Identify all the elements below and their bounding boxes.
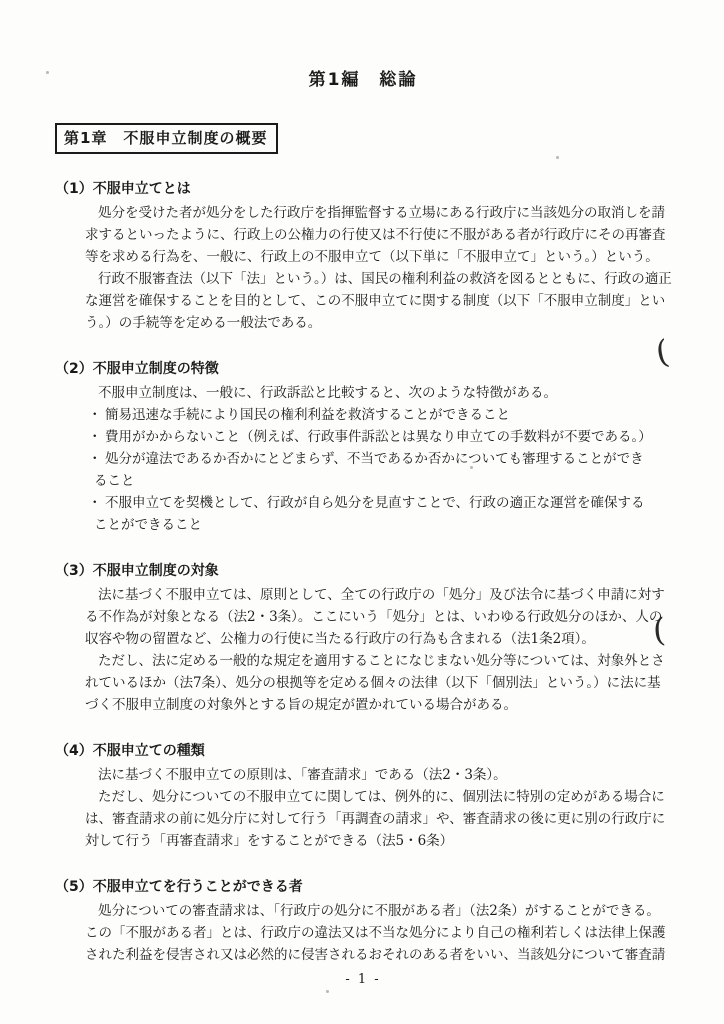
section-body: 処分を受けた者が処分をした行政庁を指揮監督する立場にある行政庁に当該処分の取消し…	[85, 202, 671, 334]
text-line: 法に基づく不服申立ての原則は、「審査請求」である（法2・3条）。	[85, 764, 671, 786]
text-line: づく不服申立制度の対象外とする旨の規定が置かれている場合がある。	[85, 694, 671, 716]
section-body: 法に基づく不服申立ては、原則として、全ての行政庁の「処分」及び法令に基づく申請に…	[85, 584, 671, 716]
section-body: 法に基づく不服申立ての原則は、「審査請求」である（法2・3条）。ただし、処分につ…	[85, 764, 671, 852]
document-content: 第1編 総論 第1章 不服申立制度の概要 （1）不服申立てとは処分を受けた者が処…	[55, 0, 671, 987]
text-line: 行政不服審査法（以下「法」という。）は、国民の権利利益の救済を図るとともに、行政…	[85, 268, 671, 290]
bullet-text: 処分が違法であるか否かにとどまらず、不当であるか否かについても審理することができ	[105, 448, 644, 470]
section-body: 不服申立制度は、一般に、行政訴訟と比較すると、次のような特徴がある。・簡易迅速な…	[85, 382, 671, 536]
scan-artifact-speck	[326, 990, 329, 993]
text-line: 収容や物の留置など、公権力の行使に当たる行政庁の行為も含まれる（法1条2項）。	[85, 628, 671, 650]
text-line: ること	[85, 470, 671, 492]
section-heading: （1）不服申立てとは	[55, 178, 671, 200]
scanned-document-page: 第1編 総論 第1章 不服申立制度の概要 （1）不服申立てとは処分を受けた者が処…	[0, 0, 724, 1024]
bullet-text: 簡易迅速な手続により国民の権利利益を救済することができること	[105, 404, 510, 426]
text-line: この「不服がある者」とは、行政庁の違法又は不当な処分により自己の権利若しくは法律…	[85, 922, 671, 944]
text-line: された利益を侵害され又は必然的に侵害されるおそれのある者をいい、当該処分について…	[85, 944, 671, 966]
text-line: 対して行う「再審査請求」をすることができる（法5・6条）	[85, 830, 671, 852]
bullet-text: 不服申立てを契機として、行政が自ら処分を見直すことで、行政の適正な運営を確保する	[105, 492, 644, 514]
text-line: ただし、処分についての不服申立てに関しては、例外的に、個別法に特別の定めがある場…	[85, 786, 671, 808]
text-line: ・簡易迅速な手続により国民の権利利益を救済することができること	[85, 404, 671, 426]
volume-title: 第1編 総論	[55, 70, 671, 90]
bullet-icon: ・	[88, 448, 105, 470]
bullet-icon: ・	[88, 404, 105, 426]
text-line: る不作為が対象となる（法2・3条）。ここにいう「処分」とは、いわゆる行政処分のほ…	[85, 606, 671, 628]
text-line: 処分を受けた者が処分をした行政庁を指揮監督する立場にある行政庁に当該処分の取消し…	[85, 202, 671, 224]
bullet-text: 費用がかからないこと（例えば、行政事件訴訟とは異なり申立ての手数料が不要である。…	[105, 426, 652, 448]
sections: （1）不服申立てとは処分を受けた者が処分をした行政庁を指揮監督する立場にある行政…	[55, 178, 671, 966]
text-line: ・処分が違法であるか否かにとどまらず、不当であるか否かについても審理することがで…	[85, 448, 671, 470]
section-body: 処分についての審査請求は、「行政庁の処分に不服がある者」（法2条）がすることがで…	[85, 900, 671, 966]
section: （4）不服申立ての種類法に基づく不服申立ての原則は、「審査請求」である（法2・3…	[55, 740, 671, 852]
bullet-icon: ・	[88, 492, 105, 514]
text-line: 不服申立制度は、一般に、行政訴訟と比較すると、次のような特徴がある。	[85, 382, 671, 404]
scan-artifact-speck	[556, 156, 559, 159]
section-heading: （3）不服申立制度の対象	[55, 560, 671, 582]
section-heading: （5）不服申立てを行うことができる者	[55, 876, 671, 898]
text-line: ただし、法に定める一般的な規定を適用することになじまない処分等については、対象外…	[85, 650, 671, 672]
scan-artifact-speck	[470, 466, 473, 469]
chapter-heading-row: 第1章 不服申立制度の概要	[55, 123, 671, 154]
text-line: は、審査請求の前に処分庁に対して行う「再調査の請求」や、審査請求の後に更に別の行…	[85, 808, 671, 830]
section: （3）不服申立制度の対象法に基づく不服申立ては、原則として、全ての行政庁の「処分…	[55, 560, 671, 716]
text-line: 等を求める行為を、一般に、行政上の不服申立て（以下単に「不服申立て」という。）と…	[85, 246, 671, 268]
text-line: ・費用がかからないこと（例えば、行政事件訴訟とは異なり申立ての手数料が不要である…	[85, 426, 671, 448]
scan-artifact-speck	[46, 71, 49, 74]
section: （1）不服申立てとは処分を受けた者が処分をした行政庁を指揮監督する立場にある行政…	[55, 178, 671, 334]
text-line: 求するといったように、行政上の公権力の行使又は不行使に不服がある者が行政庁にその…	[85, 224, 671, 246]
text-line: 処分についての審査請求は、「行政庁の処分に不服がある者」（法2条）がすることがで…	[85, 900, 671, 922]
chapter-heading-box: 第1章 不服申立制度の概要	[55, 123, 278, 154]
text-line: れているほか（法7条）、処分の根拠等を定める個々の法律（以下「個別法」という。）…	[85, 672, 671, 694]
scan-artifact-speck	[96, 836, 99, 839]
section: （5）不服申立てを行うことができる者処分についての審査請求は、「行政庁の処分に不…	[55, 876, 671, 966]
text-line: ことができること	[85, 514, 671, 536]
section-heading: （2）不服申立制度の特徴	[55, 358, 671, 380]
section-heading: （4）不服申立ての種類	[55, 740, 671, 762]
text-line: ・不服申立てを契機として、行政が自ら処分を見直すことで、行政の適正な運営を確保す…	[85, 492, 671, 514]
text-line: な運営を確保することを目的として、この不服申立てに関する制度（以下「不服申立制度…	[85, 290, 671, 312]
bullet-icon: ・	[88, 426, 105, 448]
page-footer: - 1 -	[55, 972, 671, 987]
text-line: 法に基づく不服申立ては、原則として、全ての行政庁の「処分」及び法令に基づく申請に…	[85, 584, 671, 606]
page-number: - 1 -	[345, 972, 380, 987]
scan-artifact-paren: (	[652, 614, 667, 647]
section: （2）不服申立制度の特徴不服申立制度は、一般に、行政訴訟と比較すると、次のような…	[55, 358, 671, 536]
text-line: う。）の手続等を定める一般法である。	[85, 312, 671, 334]
